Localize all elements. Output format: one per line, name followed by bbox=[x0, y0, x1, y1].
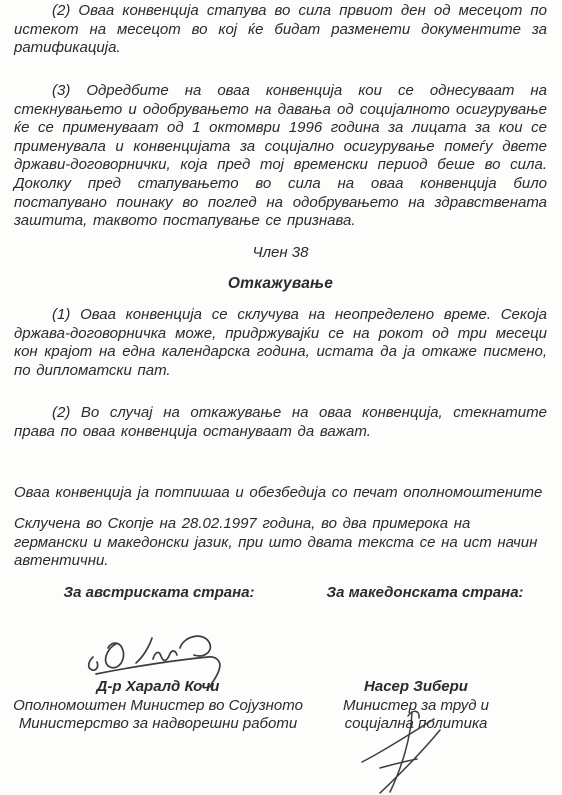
austrian-signatory-block: Д-р Харалд Кочи Ополномоштен Министер во… bbox=[8, 678, 308, 734]
macedonian-side-label: За македонската страна: bbox=[320, 584, 530, 601]
paragraph-acquired-rights: (2) Во случај на откажување на оваа конв… bbox=[14, 404, 547, 441]
macedonian-signatory-name: Насер Зибери bbox=[336, 678, 496, 697]
austrian-signatory-title-line2: Министерство за надворешни работи bbox=[8, 715, 308, 734]
austrian-signatory-title-line1: Ополномоштен Министер во Сојузното bbox=[8, 697, 308, 716]
closing-signed-statement: Оваа конвенција ја потпишаа и обезбедија… bbox=[14, 484, 547, 503]
article-title: Откажување bbox=[14, 275, 547, 293]
closing-place-date: Склучена во Скопје на 28.02.1997 година,… bbox=[14, 515, 547, 571]
paragraph-provisions: (3) Одредбите на оваа конвенција кои се … bbox=[14, 82, 547, 231]
document-page: (2) Оваа конвенција стапува во сила први… bbox=[0, 0, 562, 795]
paragraph-entry-into-force: (2) Оваа конвенција стапува во сила први… bbox=[14, 2, 547, 58]
austrian-signatory-name: Д-р Харалд Кочи bbox=[8, 678, 308, 697]
article-number: Член 38 bbox=[14, 244, 547, 261]
macedonian-signature-scribble bbox=[352, 702, 457, 795]
austrian-side-label: За австриската страна: bbox=[14, 584, 304, 601]
paragraph-termination: (1) Оваа конвенција се склучува на неопр… bbox=[14, 306, 547, 380]
